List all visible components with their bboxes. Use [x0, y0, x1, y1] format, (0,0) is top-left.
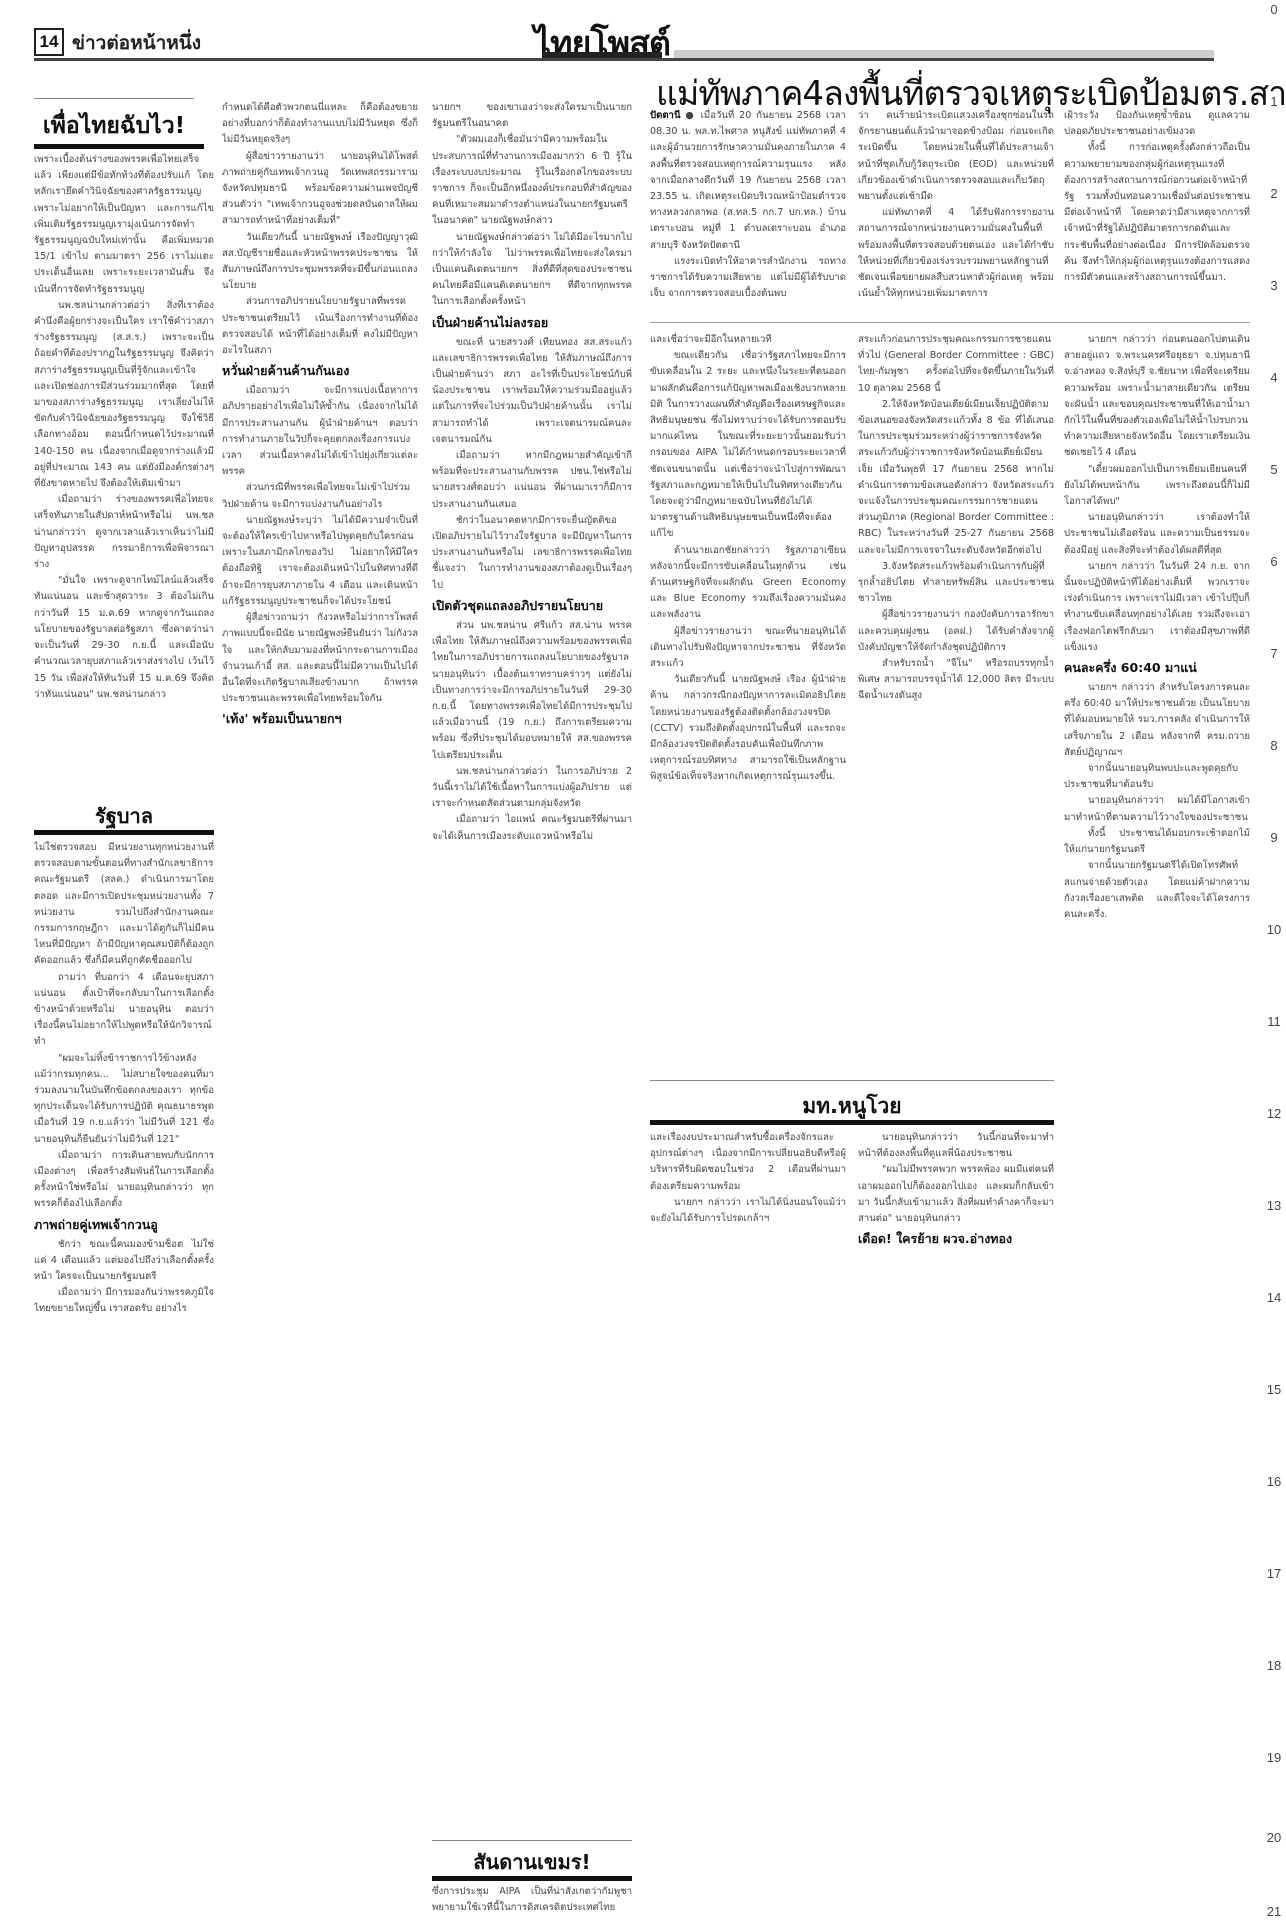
divider — [432, 1840, 632, 1841]
margin-ruler: 0 1 2 3 4 5 6 7 8 9 10 11 12 13 14 15 16… — [1262, 0, 1286, 1920]
column-mahadthai: และเรื่องงบประมาณสำหรับซื้อเครื่องจักรแล… — [650, 1130, 1054, 1920]
divider — [650, 322, 1250, 323]
section-title: ข่าวต่อหน้าหนึ่ง — [72, 28, 201, 58]
column-1-government: ไม่ใช่ตรวจสอบ มีหน่วยงานทุกหน่วยงานที่ตร… — [34, 840, 214, 1910]
column-2: กำหนดได้คือตัวพวกตนนี่แหละ ก็คือต้องขยาย… — [222, 100, 418, 1910]
column-6-border: นายกฯ กล่าวว่า ก่อนตนออกไปตนเดินสายอยู่แ… — [1064, 332, 1250, 1918]
subhead-policy-debate: เปิดตัวชุดแถลงอภิปรายนโยบาย — [432, 596, 632, 616]
divider-thick — [432, 1876, 632, 1881]
divider-thick — [34, 144, 204, 149]
bullet-icon: ● — [685, 110, 695, 121]
subhead-teng-pm: 'เท้ง' พร้อมเป็นนายกฯ — [222, 709, 418, 729]
column-4-border: และเชื่อว่าจะมีอีกในหลายเวที ขณะเดียวกัน… — [650, 332, 846, 1072]
subhead-angthong-governor: เดือด! ใครย้าย ผวจ.อ่างทอง — [858, 1229, 1054, 1249]
divider — [650, 1080, 1054, 1081]
column-6-army: เฝ้าระวัง ป้องกันเหตุซ้ำซ้อน ดูแลความปลอ… — [1064, 108, 1250, 308]
subhead-half-half: คนละครึ่ง 60:40 มาแน่ — [1064, 658, 1250, 678]
masthead-rule — [34, 58, 1214, 61]
story-heading-mahadthai: มท.หนูโวย — [650, 1090, 1054, 1123]
subhead-guanyu-photo: ภาพถ่ายคู่เทพเจ้ากวนอู — [34, 1215, 214, 1235]
column-1-pheuthai: เพราะเบื้องต้นร่างของพรรคเพื่อไทยเสร็จแล… — [34, 152, 214, 782]
column-5-army: ว่า คนร้ายนำระเบิดแสวงเครื่องชุกซ่อนในรถ… — [858, 108, 1054, 308]
divider — [34, 98, 194, 99]
divider-thick — [650, 1120, 1054, 1125]
column-5-border: สระแก้วก่อนการประชุมคณะกรรมการชายแดนทั่ว… — [858, 332, 1054, 1072]
subhead-opposition: หวั่นฝ่ายค้านค้านกันเอง — [222, 361, 418, 381]
page-number: 14 — [34, 28, 64, 56]
dateline: ปัตตานี — [650, 110, 681, 121]
subhead-opposition-disagree: เป็นฝ่ายค้านไม่ลงรอย — [432, 313, 632, 333]
masthead-grey-rule — [674, 50, 1214, 58]
divider-thick — [34, 830, 214, 835]
newspaper-logo: ไทยโพสต์ — [534, 16, 670, 70]
story-heading-government: รัฐบาล — [34, 800, 214, 832]
column-3-khmer: ซึ่งการประชุม AIPA เป็นที่น่าสังเกตว่ากั… — [432, 1884, 632, 1918]
story-heading-khmer: สันดานเขมร! — [432, 1846, 632, 1878]
column-3: นายกฯ ของเขาเองว่าจะส่งใครมาเป็นนายกรัฐม… — [432, 100, 632, 1830]
newspaper-page: 14 ข่าวต่อหน้าหนึ่ง ไทยโพสต์ แม่ทัพภาค4ล… — [0, 0, 1250, 1920]
masthead: 14 ข่าวต่อหน้าหนึ่ง ไทยโพสต์ — [34, 22, 1214, 62]
column-4-army: ปัตตานี ● เมื่อวันที่ 20 กันยายน 2568 เว… — [650, 108, 846, 308]
story-heading-pheuthai: เพื่อไทยฉับไว! — [34, 108, 194, 144]
